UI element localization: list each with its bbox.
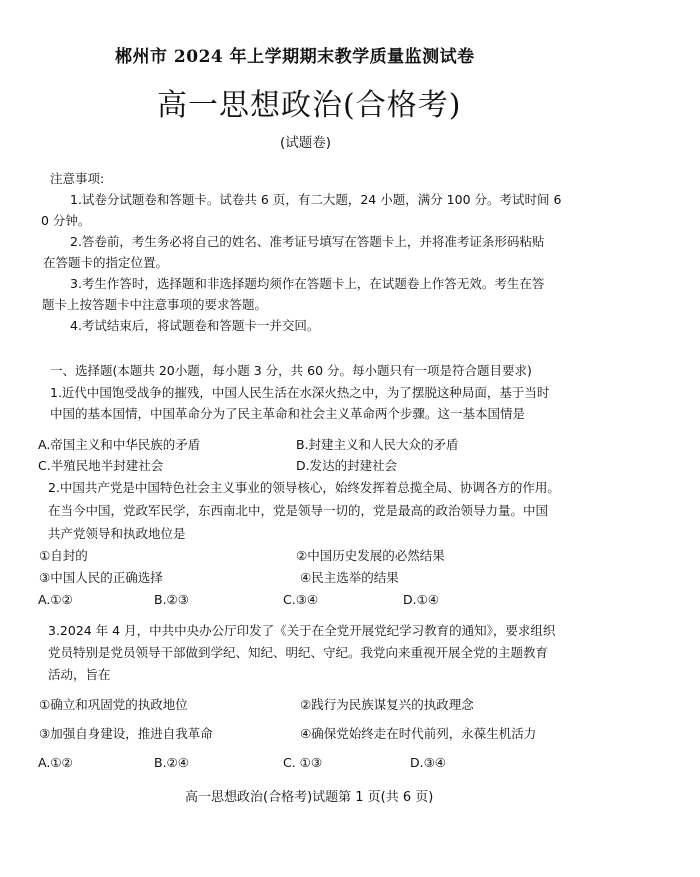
- option-b: B.②③: [154, 592, 189, 608]
- option-a: A.帝国主义和中华民族的矛盾: [38, 437, 200, 453]
- question-stem: 在当今中国，党政军民学，东西南北中，党是领导一切的，党是最高的政治领导力量。中国: [48, 503, 548, 519]
- option-a: A.①②: [38, 755, 73, 771]
- subject-title: 高一思想政治(合格考): [157, 80, 461, 124]
- statement-2: ②践行为民族谋复兴的执政理念: [300, 697, 474, 713]
- statement-1: ①自封的: [39, 548, 88, 564]
- question-stem: 活动，旨在: [48, 667, 111, 683]
- option-a: A.①②: [38, 592, 73, 608]
- option-d: D.①④: [403, 592, 439, 608]
- note-line: 3.考生作答时，选择题和非选择题均须作在答题卡上，在试题卷上作答无效。考生在答: [70, 276, 544, 292]
- statement-2: ②中国历史发展的必然结果: [296, 548, 445, 564]
- statement-3: ③加强自身建设，推进自我革命: [39, 726, 213, 742]
- note-line: 4.考试结束后，将试题卷和答题卡一并交回。: [70, 318, 319, 334]
- question-stem: 3.2024 年 4 月，中共中央办公厅印发了《关于在全党开展党纪学习教育的通知…: [48, 623, 555, 639]
- option-d: D.发达的封建社会: [296, 458, 397, 474]
- question-stem: 共产党领导和执政地位是: [48, 526, 186, 542]
- option-c: C.半殖民地半封建社会: [38, 458, 163, 474]
- option-b: B.②④: [154, 755, 189, 771]
- note-line: 1.试卷分试题卷和答题卡。试卷共 6 页，有二大题，24 小题，满分 100 分…: [70, 192, 561, 208]
- question-stem: 中国的基本国情，中国革命分为了民主革命和社会主义革命两个步骤。这一基本国情是: [50, 406, 525, 422]
- note-line: 题卡上按答题卡中注意事项的要求答题。: [42, 297, 267, 313]
- note-line: 在答题卡的指定位置。: [43, 255, 168, 271]
- option-c: C. ①③: [283, 755, 322, 771]
- statement-3: ③中国人民的正确选择: [39, 570, 163, 586]
- option-d: D.③④: [410, 755, 446, 771]
- page-footer: 高一思想政治(合格考)试题第 1 页(共 6 页): [185, 786, 433, 805]
- option-b: B.封建主义和人民大众的矛盾: [296, 437, 459, 453]
- notes-heading: 注意事项:: [50, 171, 104, 187]
- exam-title: 郴州市 2024 年上学期期末教学质量监测试卷: [115, 42, 475, 67]
- section-heading: 一、选择题(本题共 20小题，每小题 3 分，共 60 分。每小题只有一项是符合…: [50, 363, 532, 379]
- paper-type: (试题卷): [280, 131, 331, 151]
- note-line: 2.答卷前，考生务必将自己的姓名、准考证号填写在答题卡上，并将准考证条形码粘贴: [70, 234, 544, 250]
- statement-1: ①确立和巩固党的执政地位: [39, 697, 188, 713]
- question-stem: 1.近代中国饱受战争的摧残，中国人民生活在水深火热之中，为了摆脱这种局面，基于当…: [50, 385, 549, 401]
- statement-4: ④确保党始终走在时代前列，永葆生机活力: [300, 726, 536, 742]
- option-c: C.③④: [283, 592, 318, 608]
- statement-4: ④民主选举的结果: [300, 570, 399, 586]
- note-line: 0 分钟。: [41, 213, 90, 229]
- question-stem: 党员特别是党员领导干部做到学纪、知纪、明纪、守纪。我党向来重视开展全党的主题教育: [48, 645, 548, 661]
- question-stem: 2.中国共产党是中国特色社会主义事业的领导核心，始终发挥着总揽全局、协调各方的作…: [48, 480, 560, 496]
